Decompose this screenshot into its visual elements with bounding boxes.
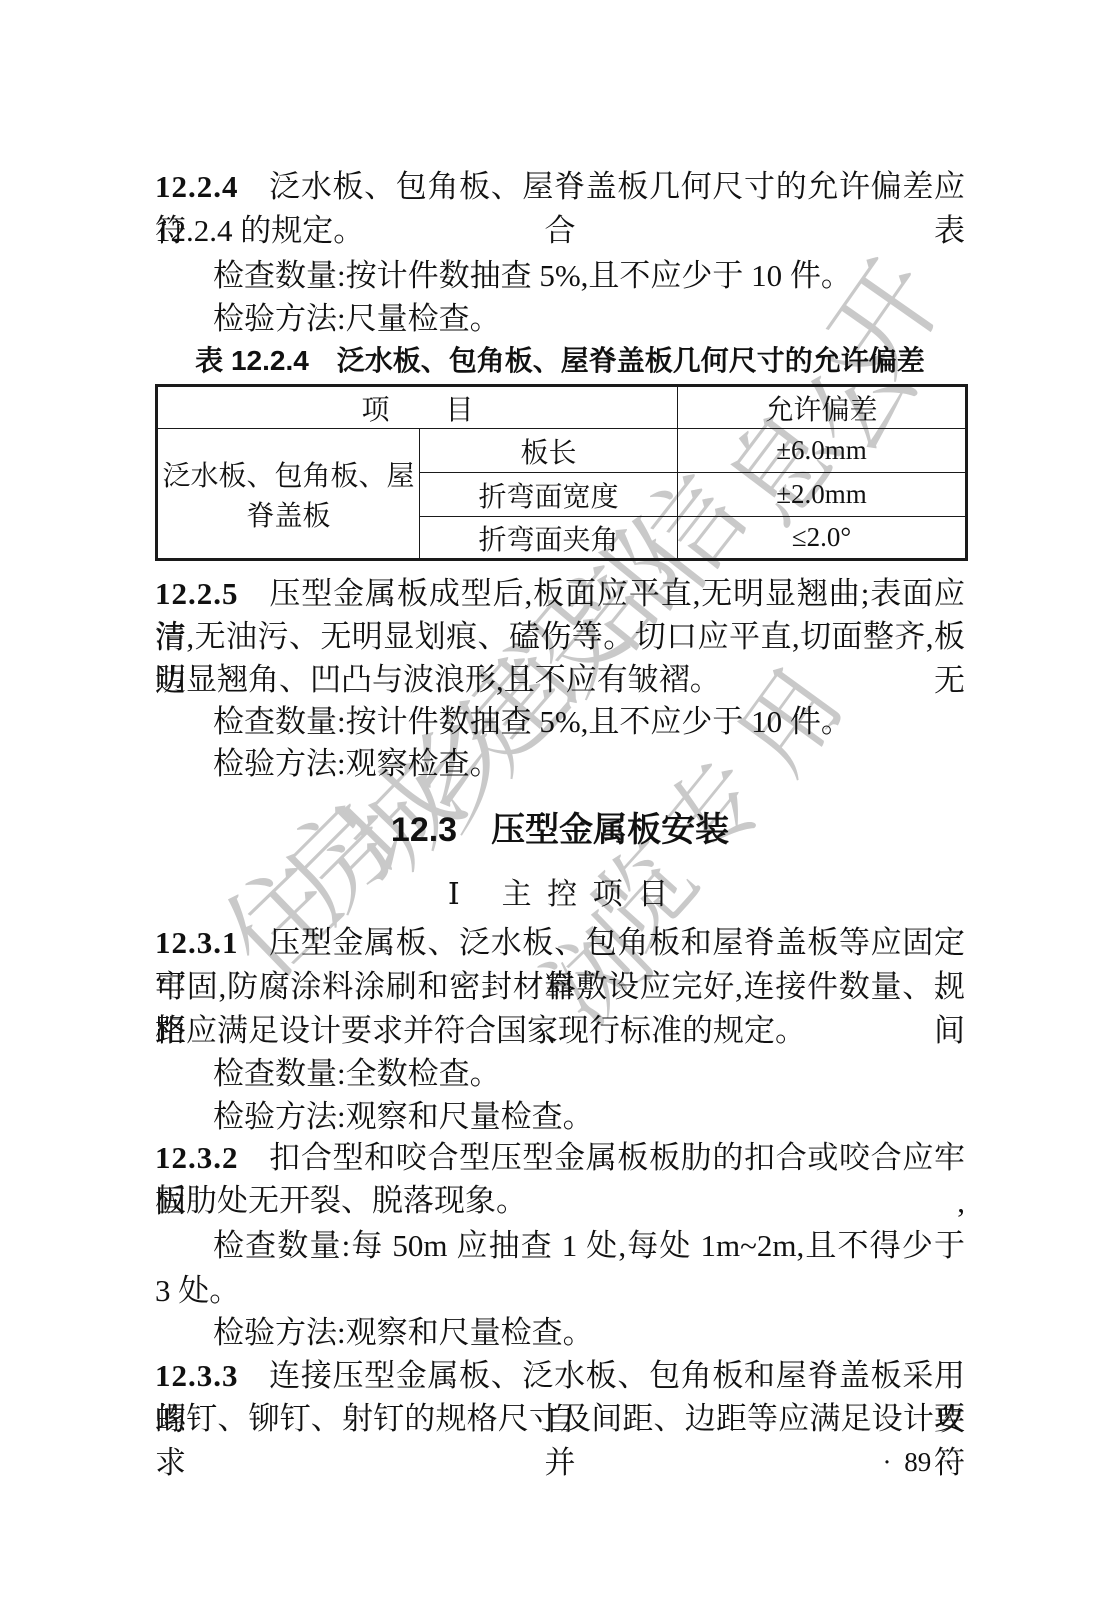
table-caption: 表 12.2.4 泛水板、包角板、屋脊盖板几何尺寸的允许偏差 bbox=[155, 344, 965, 378]
check-method-12-2-5: 检验方法:观察检查。 bbox=[213, 742, 965, 786]
table-cell-item: 板长 bbox=[420, 429, 678, 473]
clause-12-3-3-line-2: 螺钉、铆钉、射钉的规格尺寸及间距、边距等应满足设计要求并符 bbox=[155, 1397, 965, 1441]
clause-number: 12.2.5 bbox=[155, 576, 239, 611]
clause-12-2-5-line-3: 明显翘角、凹凸与波浪形,且不应有皱褶。 bbox=[155, 658, 965, 702]
clause-number: 12.3.3 bbox=[155, 1358, 239, 1393]
check-quantity-12-3-2-cont: 3 处。 bbox=[155, 1269, 965, 1313]
check-quantity-12-2-5: 检查数量:按计件数抽查 5%,且不应少于 10 件。 bbox=[213, 700, 965, 744]
check-quantity-12-2-4: 检查数量:按计件数抽查 5%,且不应少于 10 件。 bbox=[213, 254, 965, 298]
clause-12-3-2-line-2: 板肋处无开裂、脱落现象。 bbox=[155, 1179, 965, 1223]
clause-number: 12.3.1 bbox=[155, 925, 239, 960]
table-header-row: 项 目 允许偏差 bbox=[157, 386, 967, 429]
clause-12-2-5-line-1: 12.2.5压型金属板成型后,板面应平直,无明显翘曲;表面应清 bbox=[155, 572, 965, 616]
subsection-roman-numeral: Ⅰ bbox=[448, 878, 464, 911]
check-quantity-12-3-1: 检查数量:全数检查。 bbox=[213, 1052, 965, 1096]
table-row-group-label: 泛水板、包角板、屋脊盖板 bbox=[157, 429, 420, 560]
clause-12-3-3-line-1: 12.3.3连接压型金属板、泛水板、包角板和屋脊盖板采用的自攻 bbox=[155, 1354, 965, 1398]
clause-12-2-4-line-2: 12.2.4 的规定。 bbox=[155, 209, 965, 253]
clause-12-3-1-line-2: 牢固,防腐涂料涂刷和密封材料敷设应完好,连接件数量、规格、间 bbox=[155, 965, 965, 1009]
table-row: 泛水板、包角板、屋脊盖板 板长 ±6.0mm bbox=[157, 429, 967, 473]
section-title: 压型金属板安装 bbox=[491, 811, 729, 849]
clause-number: 12.3.2 bbox=[155, 1140, 239, 1175]
section-heading: 12.3压型金属板安装 bbox=[155, 808, 965, 852]
section-number: 12.3 bbox=[391, 811, 457, 849]
table-cell-item: 折弯面宽度 bbox=[420, 473, 678, 517]
table-cell-deviation: ≤2.0° bbox=[678, 517, 967, 560]
clause-12-3-2-line-1: 12.3.2扣合型和咬合型压型金属板板肋的扣合或咬合应牢固, bbox=[155, 1136, 965, 1180]
clause-12-3-1-line-1: 12.3.1压型金属板、泛水板、包角板和屋脊盖板等应固定可靠、 bbox=[155, 921, 965, 965]
clause-12-2-5-line-2: 洁,无油污、无明显划痕、磕伤等。切口应平直,切面整齐,板边无 bbox=[155, 615, 965, 659]
table-header-deviation: 允许偏差 bbox=[678, 386, 967, 429]
check-method-12-2-4: 检验方法:尺量检查。 bbox=[213, 297, 965, 341]
clause-number: 12.2.4 bbox=[155, 169, 239, 204]
clause-12-3-1-line-3: 距应满足设计要求并符合国家现行标准的规定。 bbox=[155, 1009, 965, 1053]
page-number: · 89 · bbox=[155, 1442, 953, 1482]
check-quantity-12-3-2: 检查数量:每 50m 应抽查 1 处,每处 1m~2m,且不得少于 bbox=[213, 1224, 965, 1268]
subsection-label: 主 控 项 目 bbox=[502, 878, 673, 911]
clause-12-2-4-line-1: 12.2.4泛水板、包角板、屋脊盖板几何尺寸的允许偏差应符合表 bbox=[155, 165, 965, 209]
table-cell-deviation: ±6.0mm bbox=[678, 429, 967, 473]
check-method-12-3-1: 检验方法:观察和尺量检查。 bbox=[213, 1095, 965, 1139]
table-header-item: 项 目 bbox=[157, 386, 678, 429]
table-cell-deviation: ±2.0mm bbox=[678, 473, 967, 517]
subsection-heading: Ⅰ主 控 项 目 bbox=[155, 873, 965, 917]
document-page: 住 房 城 乡 建 设 部 信 息 公 开 浏 览 专 用 12.2.4泛水板、… bbox=[0, 0, 1106, 1598]
table-cell-item: 折弯面夹角 bbox=[420, 517, 678, 560]
tolerance-table: 项 目 允许偏差 泛水板、包角板、屋脊盖板 板长 ±6.0mm 折弯面宽度 ±2… bbox=[155, 384, 968, 561]
check-method-12-3-2: 检验方法:观察和尺量检查。 bbox=[213, 1311, 965, 1355]
